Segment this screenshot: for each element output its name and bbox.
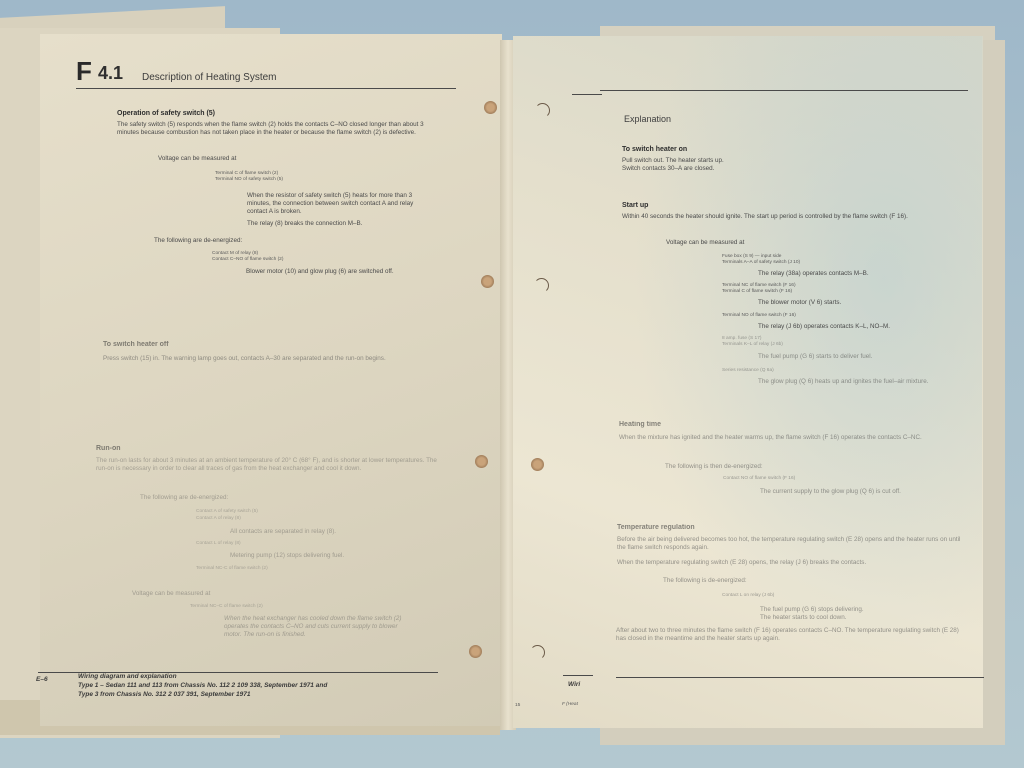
run-on-deenergized-label: The following are de-energized: bbox=[140, 494, 228, 502]
run-on-result: When the heat exchanger has cooled down … bbox=[224, 615, 404, 639]
footer-page-number: 15 bbox=[515, 703, 520, 709]
heading-safety-switch: Operation of safety switch (5) bbox=[117, 110, 215, 117]
safety-result: When the resistor of safety switch (5) h… bbox=[247, 192, 417, 216]
temp-reg-paragraph: Before the air being delivered becomes t… bbox=[617, 536, 962, 552]
heading-temperature-regulation: Temperature regulation bbox=[617, 524, 695, 531]
start-up-terminal: Terminals A–A of safety switch (J 10) bbox=[722, 260, 800, 266]
punch-hole bbox=[535, 103, 550, 118]
heating-time-contact: Contact NO of flame switch (F 16) bbox=[723, 476, 795, 482]
switch-on-line: Switch contacts 30–A are closed. bbox=[622, 165, 714, 173]
start-up-terminal: Series resistance (Q 6a) bbox=[722, 368, 774, 374]
punch-hole bbox=[534, 278, 549, 293]
footer-rule bbox=[616, 677, 984, 678]
punch-hole bbox=[530, 645, 545, 660]
start-up-terminal: Terminal C of flame switch (F 16) bbox=[722, 289, 792, 295]
heading-run-on: Run-on bbox=[96, 445, 121, 452]
heating-time-result: The current supply to the glow plug (Q 6… bbox=[760, 488, 901, 496]
punch-hole bbox=[475, 455, 488, 468]
run-on-contact: Contact L of relay (8) bbox=[196, 541, 241, 547]
heating-time-deenergized-label: The following is then de-energized: bbox=[665, 463, 763, 471]
temp-reg-paragraph: After about two to three minutes the fla… bbox=[616, 627, 961, 643]
start-up-terminal: Terminal NO of flame switch (F 16) bbox=[722, 313, 796, 319]
temp-reg-result: The heater starts to cool down. bbox=[760, 614, 846, 622]
punch-hole bbox=[531, 458, 544, 471]
punch-hole bbox=[469, 645, 482, 658]
safety-result: Blower motor (10) and glow plug (6) are … bbox=[246, 268, 406, 276]
header-rule bbox=[600, 90, 968, 91]
run-on-result: Metering pump (12) stops delivering fuel… bbox=[230, 552, 344, 560]
run-on-contact: Contact A of safety switch (5) bbox=[196, 509, 258, 515]
safety-voltage-label: Voltage can be measured at bbox=[158, 155, 236, 163]
run-on-terminal: Terminal NC–C of flame switch (2) bbox=[190, 604, 263, 610]
safety-paragraph: The safety switch (5) responds when the … bbox=[117, 121, 447, 137]
header-rule bbox=[572, 94, 602, 95]
section-number: 4.1 bbox=[98, 63, 123, 84]
switch-on-line: Pull switch out. The heater starts up. bbox=[622, 157, 724, 165]
footer-ref: F (Heat bbox=[562, 702, 578, 708]
safety-terminal: Terminal NO of safety switch (5) bbox=[215, 177, 283, 183]
punch-hole bbox=[484, 101, 497, 114]
footer-line: Type 1 – Sedan 111 and 113 from Chassis … bbox=[78, 682, 327, 690]
run-on-paragraph: The run-on lasts for about 3 minutes at … bbox=[96, 457, 441, 473]
heading-start-up: Start up bbox=[622, 202, 648, 209]
temp-reg-result: The fuel pump (G 6) stops delivering. bbox=[760, 606, 864, 614]
run-on-contact: Terminal NC-C of flame switch (2) bbox=[196, 566, 268, 572]
start-up-result: The relay (J 6b) operates contacts K–L, … bbox=[758, 323, 890, 331]
temp-reg-contact: Contact L on relay (J 6b) bbox=[722, 593, 774, 599]
heading-switch-on: To switch heater on bbox=[622, 146, 687, 153]
section-title: Description of Heating System bbox=[142, 72, 277, 83]
start-up-result: The glow plug (Q 6) heats up and ignites… bbox=[758, 378, 938, 386]
heading-heating-time: Heating time bbox=[619, 421, 661, 428]
start-up-paragraph: Within 40 seconds the heater should igni… bbox=[622, 213, 962, 221]
run-on-contact: Contact A of relay (8) bbox=[196, 516, 241, 522]
heading-switch-off: To switch heater off bbox=[103, 341, 169, 348]
heating-time-paragraph: When the mixture has ignited and the hea… bbox=[619, 434, 964, 442]
start-up-result: The blower motor (V 6) starts. bbox=[758, 299, 841, 307]
footer-line: Type 3 from Chassis No. 312 2 037 391, S… bbox=[78, 691, 250, 699]
safety-result: The relay (8) breaks the connection M–B. bbox=[247, 220, 363, 228]
run-on-result: All contacts are separated in relay (8). bbox=[230, 528, 336, 536]
punch-hole bbox=[481, 275, 494, 288]
start-up-terminal: Terminals K–L of relay (J 6b) bbox=[722, 342, 783, 348]
start-up-voltage-label: Voltage can be measured at bbox=[666, 239, 744, 247]
header-rule bbox=[76, 88, 456, 89]
run-on-voltage-label: Voltage can be measured at bbox=[132, 590, 210, 598]
switch-off-paragraph: Press switch (15) in. The warning lamp g… bbox=[103, 355, 423, 363]
section-letter: F bbox=[76, 56, 92, 87]
page-title: Explanation bbox=[624, 114, 671, 124]
start-up-result: The relay (38a) operates contacts M–B. bbox=[758, 270, 869, 278]
temp-reg-paragraph: When the temperature regulating switch (… bbox=[617, 559, 962, 567]
footer-page-ref: E–6 bbox=[36, 676, 48, 684]
safety-contact: Contact C–NO of flame switch (2) bbox=[212, 257, 283, 263]
safety-deenergized-label: The following are de-energized: bbox=[154, 237, 242, 245]
footer-rule bbox=[563, 675, 593, 676]
footer-line: Wiring diagram and explanation bbox=[78, 673, 177, 681]
start-up-result: The fuel pump (G 6) starts to deliver fu… bbox=[758, 353, 872, 361]
footer-fragment: Wiri bbox=[568, 681, 580, 689]
temp-reg-deenergized-label: The following is de-energized: bbox=[663, 577, 747, 585]
